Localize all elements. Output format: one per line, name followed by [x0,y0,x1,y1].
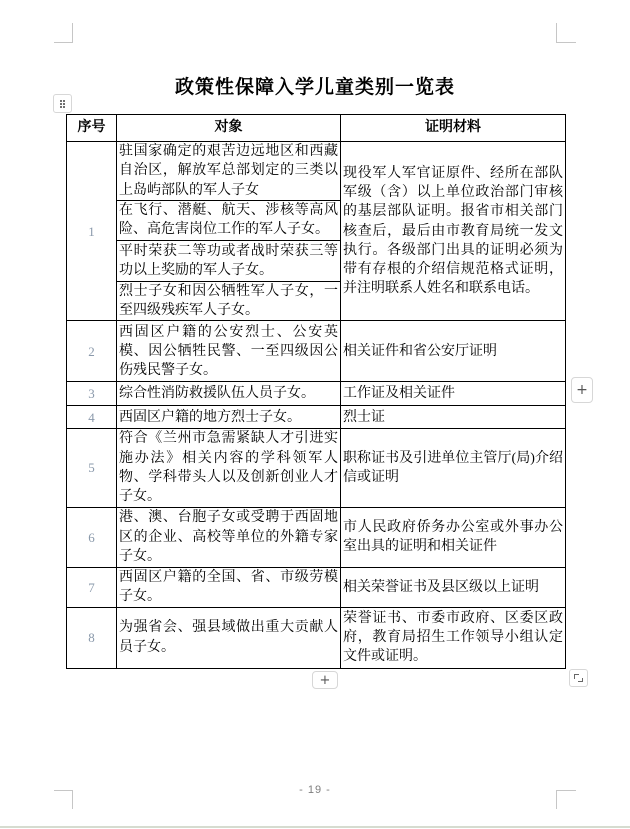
expand-icon [578,678,583,682]
row-number[interactable]: 5 [67,429,117,507]
subject-cell[interactable]: 烈士子女和因公牺牲军人子女，一至四级残疾军人子女。 [117,281,341,321]
table-row: 7 西固区户籍的全国、省、市级劳模子女。 相关荣誉证书及县区级以上证明 [67,567,566,607]
table-row: 1 驻国家确定的艰苦边远地区和西藏自治区，解放军总部划定的三类以上岛屿部队的军人… [67,142,566,201]
row-number[interactable]: 7 [67,567,117,607]
table-row: 3 综合性消防救援队伍人员子女。 工作证及相关证件 [67,382,566,406]
proof-cell[interactable]: 市人民政府侨务办公室或外事办公室出具的证明和相关证件 [341,507,566,567]
proof-cell[interactable]: 工作证及相关证件 [341,382,566,406]
proof-cell[interactable]: 相关荣誉证书及县区级以上证明 [341,567,566,607]
plus-icon: + [320,674,331,687]
subject-cell[interactable]: 符合《兰州市急需紧缺人才引进实施办法》相关内容的学科领军人物、学科带头人以及创新… [117,429,341,507]
page-number: - 19 - [0,784,630,796]
proof-cell[interactable]: 荣誉证书、市委市政府、区委区政府，教育局招生工作领导小组认定文件或证明。 [341,607,566,668]
subject-cell[interactable]: 西固区户籍的公安烈士、公安英模、因公牺牲民警、一至四级因公伤残民警子女。 [117,321,341,382]
row-number[interactable]: 1 [67,142,117,321]
document-page: { "page": { "title": "政策性保障入学儿童类别一览表", "… [0,0,630,829]
table-row: 4 西固区户籍的地方烈士子女。 烈士证 [67,406,566,429]
proof-cell[interactable]: 烈士证 [341,406,566,429]
proof-cell[interactable]: 相关证件和省公安厅证明 [341,321,566,382]
header-cell-seq[interactable]: 序号 [67,115,117,142]
table-row: 5 符合《兰州市急需紧缺人才引进实施办法》相关内容的学科领军人物、学科带头人以及… [67,429,566,507]
table-row: 8 为强省会、强县域做出重大贡献人员子女。 荣誉证书、市委市政府、区委区政府，教… [67,607,566,668]
plus-icon: + [576,383,588,397]
proof-cell[interactable]: 职称证书及引进单位主管厅(局)介绍信或证明 [341,429,566,507]
subject-cell[interactable]: 驻国家确定的艰苦边远地区和西藏自治区，解放军总部划定的三类以上岛屿部队的军人子女 [117,142,341,201]
add-row-button[interactable]: + [312,671,338,689]
policy-category-table: 序号 对象 证明材料 1 驻国家确定的艰苦边远地区和西藏自治区，解放军总部划定的… [66,114,566,669]
table-drag-handle[interactable] [53,94,72,113]
subject-cell[interactable]: 综合性消防救援队伍人员子女。 [117,382,341,406]
margin-mark-top-right [556,23,576,43]
proof-cell[interactable]: 现役军人军官证原件、经所在部队军级（含）以上单位政治部门审核的基层部队证明。报省… [341,142,566,321]
document-title[interactable]: 政策性保障入学儿童类别一览表 [0,72,630,99]
table-row: 6 港、澳、台胞子女或受聘于西固地区的企业、高校等单位的外籍专家子女。 市人民政… [67,507,566,567]
subject-cell[interactable]: 为强省会、强县域做出重大贡献人员子女。 [117,607,341,668]
subject-cell[interactable]: 西固区户籍的全国、省、市级劳模子女。 [117,567,341,607]
margin-mark-top-left [54,23,73,43]
row-number[interactable]: 2 [67,321,117,382]
row-number[interactable]: 4 [67,406,117,429]
subject-cell[interactable]: 西固区户籍的地方烈士子女。 [117,406,341,429]
subject-cell[interactable]: 在飞行、潜艇、航天、涉核等高风险、高危害岗位工作的军人子女。 [117,200,341,240]
row-number[interactable]: 3 [67,382,117,406]
subject-cell[interactable]: 港、澳、台胞子女或受聘于西固地区的企业、高校等单位的外籍专家子女。 [117,507,341,567]
subject-cell[interactable]: 平时荣获二等功或者战时荣获三等功以上奖励的军人子女。 [117,240,341,281]
drag-dots-icon [60,100,65,108]
header-cell-proof[interactable]: 证明材料 [341,115,566,142]
page-bottom-edge [0,826,630,828]
row-number[interactable]: 8 [67,607,117,668]
add-column-button[interactable]: + [571,377,593,403]
header-cell-subject[interactable]: 对象 [117,115,341,142]
expand-table-button[interactable] [569,669,588,687]
header-row: 序号 对象 证明材料 [67,115,566,142]
table-row: 2 西固区户籍的公安烈士、公安英模、因公牺牲民警、一至四级因公伤残民警子女。 相… [67,321,566,382]
row-number[interactable]: 6 [67,507,117,567]
